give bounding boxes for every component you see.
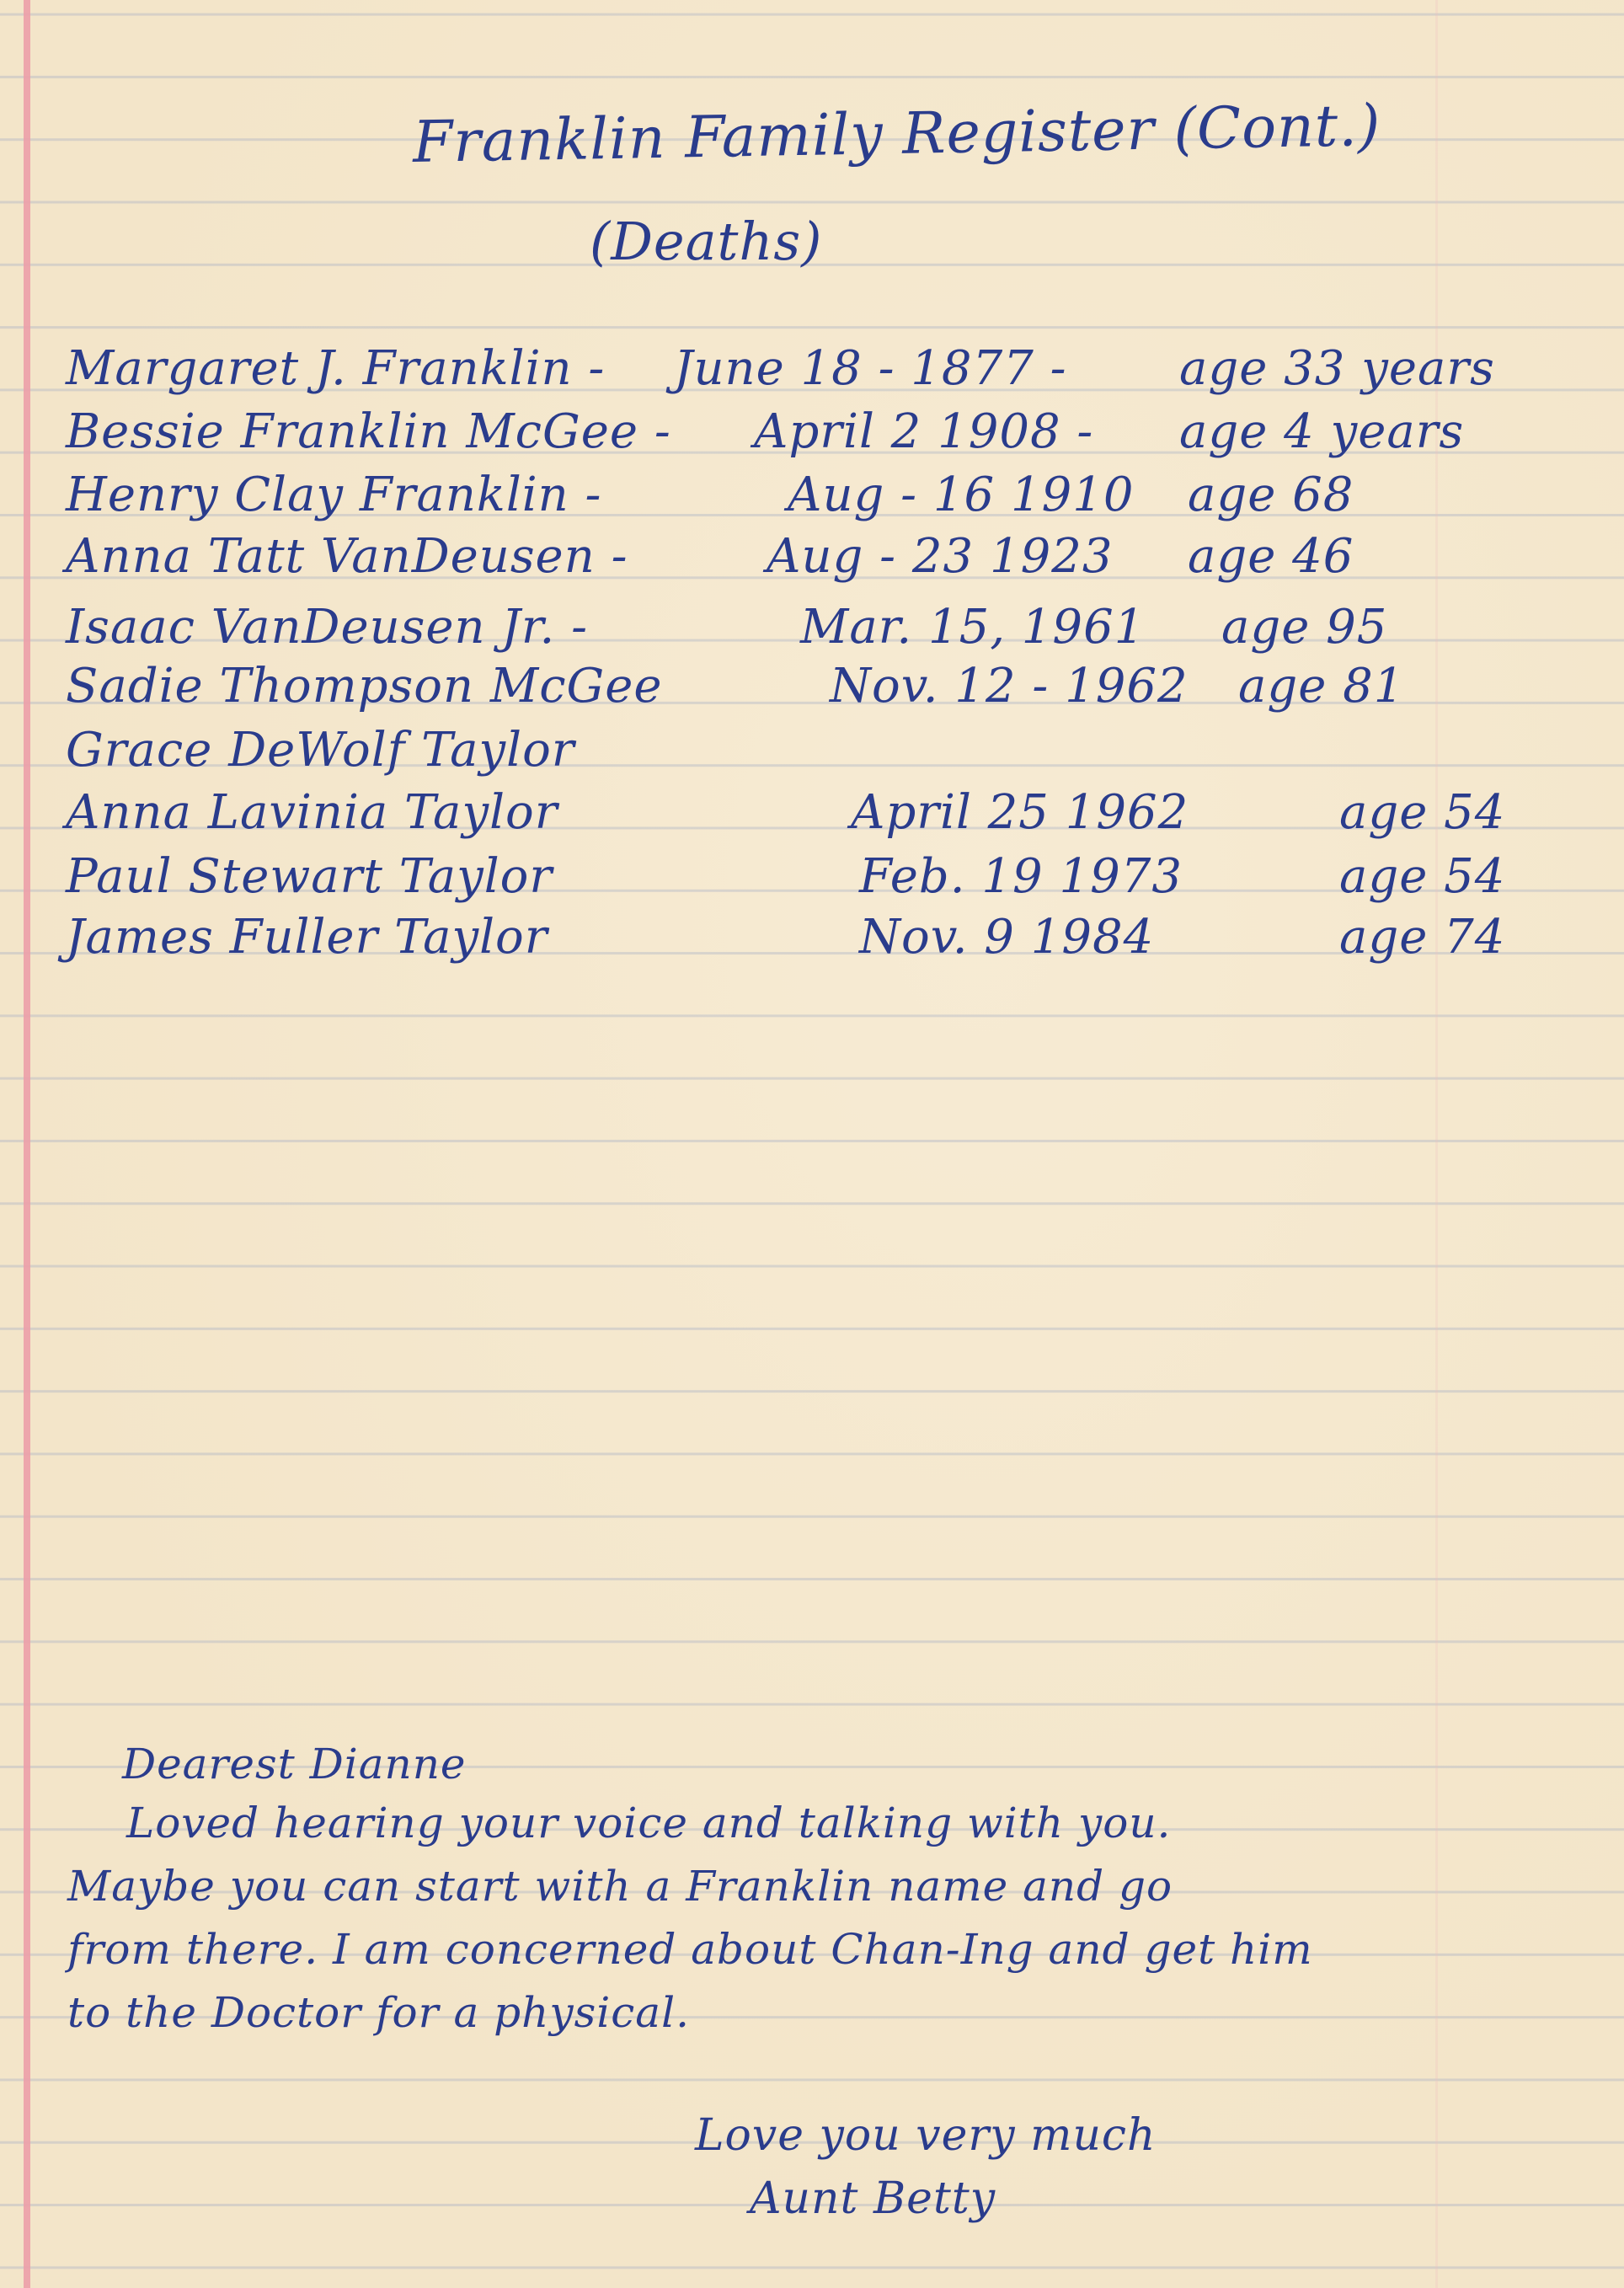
entry-date: Aug - 16 1910 (788, 468, 1134, 522)
entry-date: June 18 - 1877 - (674, 341, 1067, 396)
register-entry: Isaac VanDeusen Jr. - Mar. 15, 1961 age … (0, 600, 1624, 662)
entry-age: age 54 (1339, 785, 1505, 840)
section-subtitle: (Deaths) (590, 211, 822, 272)
entry-age: age 81 (1238, 659, 1404, 714)
entry-name: Bessie Franklin McGee - (66, 404, 671, 459)
register-entry: Grace DeWolf Taylor (0, 723, 1624, 785)
entry-name: Henry Clay Franklin - (66, 468, 601, 522)
letter-line: Loved hearing your voice and talking wit… (126, 1799, 1171, 1847)
entry-name: Sadie Thompson McGee (66, 659, 663, 714)
register-entry: James Fuller Taylor Nov. 9 1984 age 74 (0, 910, 1624, 972)
entry-name: Isaac VanDeusen Jr. - (66, 600, 588, 655)
register-entry: Paul Stewart Taylor Feb. 19 1973 age 54 (0, 849, 1624, 911)
letter-salutation: Dearest Dianne (122, 1740, 467, 1788)
entry-date: Nov. 9 1984 (859, 910, 1154, 965)
entry-age: age 68 (1188, 468, 1354, 522)
letter-line: Maybe you can start with a Franklin name… (67, 1862, 1173, 1911)
entry-age: age 54 (1339, 849, 1505, 904)
register-entry: Margaret J. Franklin - June 18 - 1877 - … (0, 341, 1624, 404)
entry-age: age 4 years (1179, 404, 1464, 459)
register-entry: Anna Tatt VanDeusen - Aug - 23 1923 age … (0, 529, 1624, 591)
entry-date: April 25 1962 (851, 785, 1189, 840)
register-entry: Bessie Franklin McGee - April 2 1908 - a… (0, 404, 1624, 467)
entry-name: Anna Lavinia Taylor (66, 785, 558, 840)
letter-line: to the Doctor for a physical. (67, 1988, 690, 2037)
entry-date: April 2 1908 - (754, 404, 1093, 459)
entry-date: Nov. 12 - 1962 (830, 659, 1189, 714)
entry-name: James Fuller Taylor (66, 910, 548, 965)
register-entry: Henry Clay Franklin - Aug - 16 1910 age … (0, 468, 1624, 530)
letter-closing: Love you very much (695, 2110, 1157, 2161)
entry-age: age 74 (1339, 910, 1505, 965)
entry-name: Paul Stewart Taylor (66, 849, 553, 904)
entry-name: Margaret J. Franklin - (66, 341, 605, 396)
entry-date: Feb. 19 1973 (859, 849, 1183, 904)
entry-name: Grace DeWolf Taylor (66, 723, 575, 778)
register-entry: Anna Lavinia Taylor April 25 1962 age 54 (0, 785, 1624, 847)
entry-age: age 33 years (1179, 341, 1495, 396)
entry-date: Aug - 23 1923 (767, 529, 1113, 584)
entry-age: age 46 (1188, 529, 1354, 584)
register-entry: Sadie Thompson McGee Nov. 12 - 1962 age … (0, 659, 1624, 721)
letter-line: from there. I am concerned about Chan-In… (67, 1925, 1313, 1974)
entry-name: Anna Tatt VanDeusen - (66, 529, 628, 584)
entry-date: Mar. 15, 1961 (800, 600, 1145, 655)
letter-signature: Aunt Betty (750, 2173, 996, 2224)
entry-age: age 95 (1221, 600, 1387, 655)
